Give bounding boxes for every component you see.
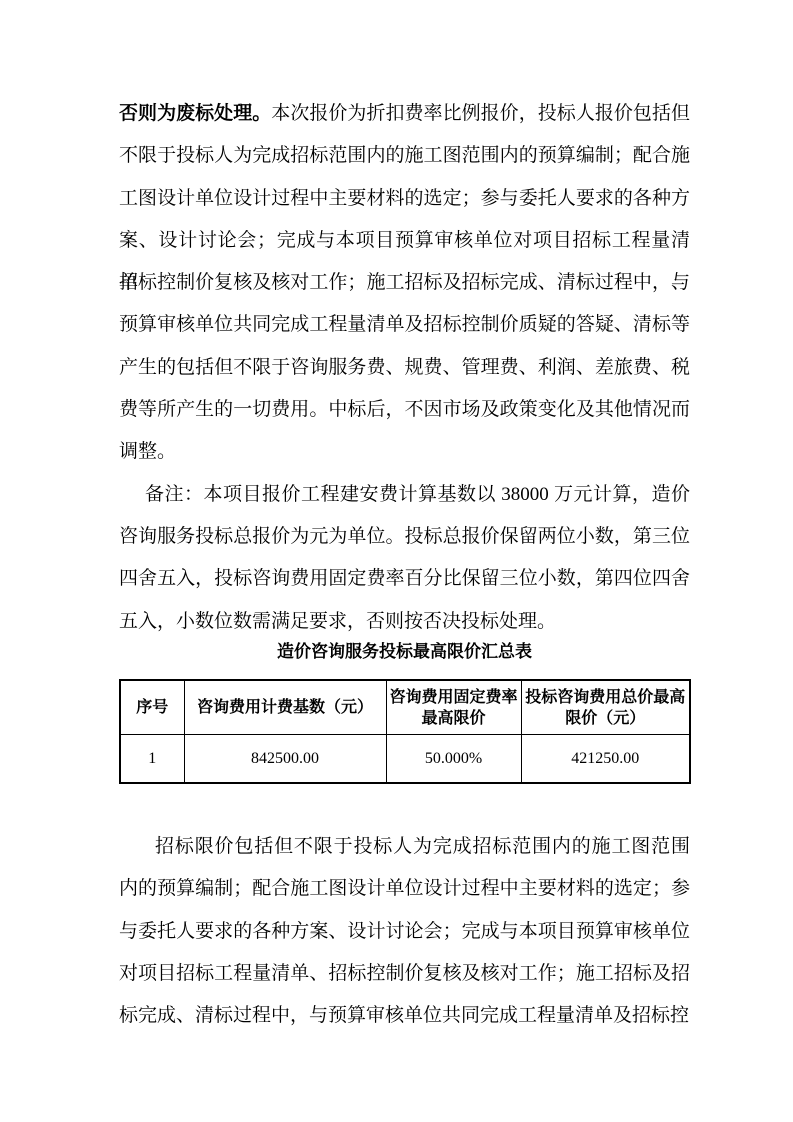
table-header-row: 序号 咨询费用计费基数（元） 咨询费用固定费率最高限价 投标咨询费用总价最高限价… bbox=[120, 680, 690, 735]
header-cell-total: 投标咨询费用总价最高限价（元） bbox=[521, 680, 690, 735]
text-line: 招标控制价复核及核对工作；施工招标及招标完成、清标过程中，与 bbox=[119, 262, 690, 304]
text-line: 不限于投标人为完成招标范围内的施工图范围内的预算编制；配合施 bbox=[119, 135, 690, 177]
header-line: 咨询费用固定费率 bbox=[387, 687, 521, 708]
table-title: 造价咨询服务投标最高限价汇总表 bbox=[119, 637, 690, 667]
text-line: 预算审核单位共同完成工程量清单及招标控制价质疑的答疑、清标等 bbox=[119, 304, 690, 346]
cell-total-price-limit: 421250.00 bbox=[521, 735, 690, 784]
text-line: 对项目招标工程量清单、招标控制价复核及核对工作；施工招标及招 bbox=[119, 953, 690, 995]
text-line: 否则为废标处理。本次报价为折扣费率比例报价，投标人报价包括但 bbox=[119, 93, 690, 135]
cell-fixed-rate-limit: 50.000% bbox=[386, 735, 521, 784]
text-line: 工图设计单位设计过程中主要材料的选定；参与委托人要求的各种方 bbox=[119, 178, 690, 220]
text-line: 调整。 bbox=[119, 431, 690, 473]
header-line: 限价（元） bbox=[522, 708, 690, 729]
text-line: 备注：本项目报价工程建安费计算基数以 38000 万元计算，造价 bbox=[119, 474, 690, 516]
text-line: 案、设计讨论会；完成与本项目预算审核单位对项目招标工程量清单、 bbox=[119, 220, 690, 262]
text-line: 四舍五入，投标咨询费用固定费率百分比保留三位小数，第四位四舍 bbox=[119, 558, 690, 600]
header-cell-base: 咨询费用计费基数（元） bbox=[184, 680, 386, 735]
text-line: 咨询服务投标总报价为元为单位。投标总报价保留两位小数，第三位 bbox=[119, 516, 690, 558]
text-line: 产生的包括但不限于咨询服务费、规费、管理费、利润、差旅费、税 bbox=[119, 347, 690, 389]
text-line: 费等所产生的一切费用。中标后，不因市场及政策变化及其他情况而 bbox=[119, 389, 690, 431]
text-line: 标完成、清标过程中，与预算审核单位共同完成工程量清单及招标控 bbox=[119, 995, 690, 1037]
header-line: 最高限价 bbox=[387, 708, 521, 729]
bold-lead-in: 否则为废标处理。 bbox=[119, 103, 271, 124]
paragraph-pricing-scope: 否则为废标处理。本次报价为折扣费率比例报价，投标人报价包括但 不限于投标人为完成… bbox=[119, 93, 690, 474]
header-cell-no: 序号 bbox=[120, 680, 184, 735]
header-line: 咨询费用计费基数（元） bbox=[185, 697, 386, 718]
cell-fee-base: 842500.00 bbox=[184, 735, 386, 784]
price-limit-summary-table: 序号 咨询费用计费基数（元） 咨询费用固定费率最高限价 投标咨询费用总价最高限价… bbox=[119, 679, 691, 784]
paragraph-remark: 备注：本项目报价工程建安费计算基数以 38000 万元计算，造价 咨询服务投标总… bbox=[119, 474, 690, 643]
body-text-lower: 招标限价包括但不限于投标人为完成招标范围内的施工图范围 内的预算编制；配合施工图… bbox=[119, 826, 690, 1037]
text-line: 招标限价包括但不限于投标人为完成招标范围内的施工图范围 bbox=[119, 826, 690, 868]
paragraph-tender-limit: 招标限价包括但不限于投标人为完成招标范围内的施工图范围 内的预算编制；配合施工图… bbox=[119, 826, 690, 1037]
document-page: 否则为废标处理。本次报价为折扣费率比例报价，投标人报价包括但 不限于投标人为完成… bbox=[0, 0, 793, 1122]
header-line: 序号 bbox=[121, 697, 184, 718]
body-text-upper: 否则为废标处理。本次报价为折扣费率比例报价，投标人报价包括但 不限于投标人为完成… bbox=[119, 93, 690, 643]
line-text: 本次报价为折扣费率比例报价，投标人报价包括但 bbox=[271, 103, 690, 124]
header-line: 投标咨询费用总价最高 bbox=[522, 687, 690, 708]
text-line: 内的预算编制；配合施工图设计单位设计过程中主要材料的选定；参 bbox=[119, 868, 690, 910]
text-line: 与委托人要求的各种方案、设计讨论会；完成与本项目预算审核单位 bbox=[119, 911, 690, 953]
cell-serial-no: 1 bbox=[120, 735, 184, 784]
table-data-row: 1 842500.00 50.000% 421250.00 bbox=[120, 735, 690, 784]
header-cell-rate: 咨询费用固定费率最高限价 bbox=[386, 680, 521, 735]
